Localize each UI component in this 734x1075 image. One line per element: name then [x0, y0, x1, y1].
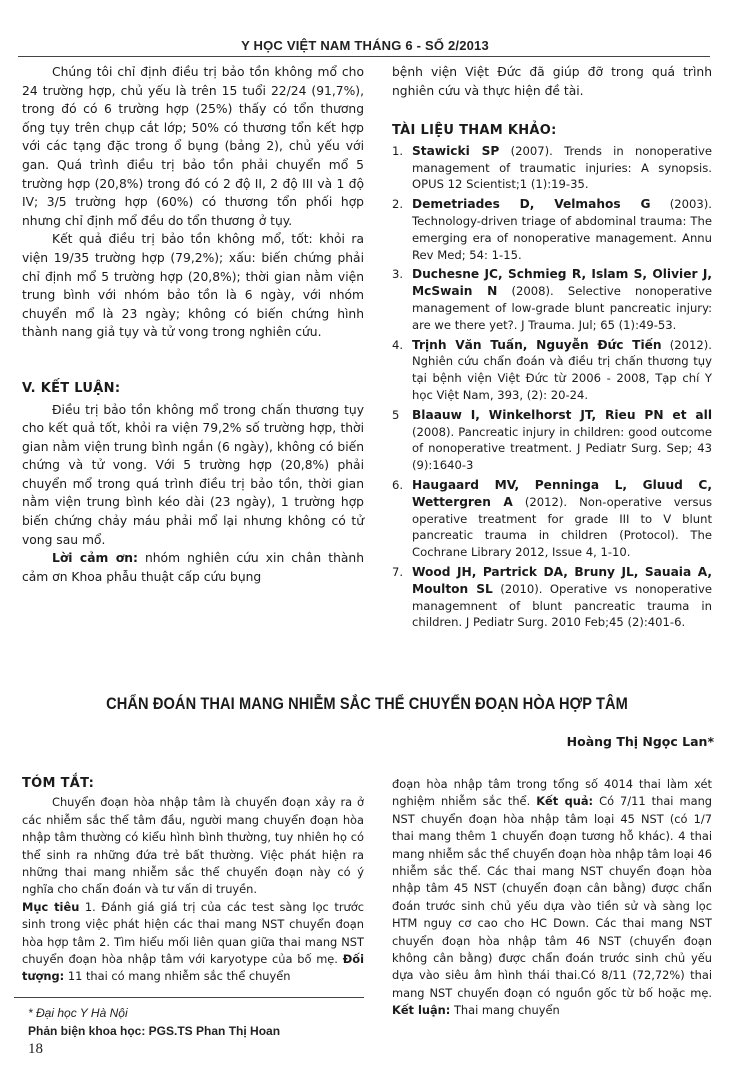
reference-item: 1. Stawicki SP (2007). Trends in nonoper…: [392, 143, 712, 193]
results-paragraph-1: Chúng tôi chỉ định điều trị bảo tồn khôn…: [22, 63, 364, 230]
summary-heading: TÓM TẮT:: [22, 775, 364, 792]
reference-list: 1. Stawicki SP (2007). Trends in nonoper…: [392, 143, 712, 631]
scientific-reviewer: Phản biện khoa học: PGS.TS Phan Thị Hoan: [28, 1022, 280, 1040]
new-article-left-column: TÓM TẮT: Chuyển đoạn hòa nhập tâm là chu…: [22, 775, 364, 986]
author-affiliation: * Đại học Y Hà Nội: [28, 1004, 280, 1022]
new-article-right-column: đoạn hòa nhập tâm trong tổng số 4014 tha…: [392, 776, 712, 1020]
results-text: Có 7/11 thai mang NST chuyển đoạn hòa nh…: [392, 794, 712, 999]
reference-number: 3.: [392, 266, 403, 283]
acknowledgement-label: Lời cảm ơn:: [52, 551, 138, 565]
reference-number: 2.: [392, 196, 403, 213]
summary-intro: Chuyển đoạn hòa nhập tâm là chuyển đoạn …: [22, 794, 364, 898]
article-title: CHẨN ĐOÁN THAI MANG NHIỄM SẮC THỂ CHUYỂN…: [51, 694, 682, 714]
reference-item: 5 Blaauw I, Winkelhorst JT, Rieu PN et a…: [392, 407, 712, 474]
reference-item: 7. Wood JH, Partrick DA, Bruny JL, Sauai…: [392, 564, 712, 631]
conclusion-paragraph: Điều trị bảo tồn không mổ trong chấn thư…: [22, 401, 364, 550]
reference-number: 5: [392, 407, 399, 424]
reference-number: 4.: [392, 337, 403, 354]
acknowledgement-paragraph: Lời cảm ơn: nhóm nghiên cứu xin chân thà…: [22, 549, 364, 586]
reference-item: 6. Haugaard MV, Penninga L, Gluud C, Wet…: [392, 477, 712, 561]
running-header: Y HỌC VIỆT NAM THÁNG 6 - SỐ 2/2013: [20, 38, 710, 53]
prev-article-right-column: bệnh viện Việt Đức đã giúp đỡ trong quá …: [392, 63, 712, 634]
conclusion-heading: V. KẾT LUẬN:: [22, 380, 364, 399]
reference-authors: Demetriades D, Velmahos G: [412, 197, 650, 211]
reference-number: 7.: [392, 564, 403, 581]
footnote: * Đại học Y Hà Nội Phản biện khoa học: P…: [28, 1004, 280, 1040]
references-heading: TÀI LIỆU THAM KHẢO:: [392, 122, 712, 141]
page-number: 18: [28, 1041, 43, 1058]
reference-number: 1.: [392, 143, 403, 160]
conclusion-text: Thai mang chuyển: [450, 1003, 559, 1017]
acknowledgement-continued: bệnh viện Việt Đức đã giúp đỡ trong quá …: [392, 63, 712, 100]
reference-details: (2008). Pancreatic injury in children: g…: [412, 425, 712, 473]
reference-authors: Blaauw I, Winkelhorst JT, Rieu PN et all: [412, 408, 712, 422]
reference-authors: Trịnh Văn Tuấn, Nguyễn Đức Tiến: [412, 338, 662, 352]
article-author: Hoàng Thị Ngọc Lan*: [567, 734, 714, 749]
objective-label: Mục tiêu: [22, 900, 79, 914]
results-label: Kết quả:: [536, 794, 593, 808]
reference-authors: Stawicki SP: [412, 144, 499, 158]
summary-continued: đoạn hòa nhập tâm trong tổng số 4014 tha…: [392, 776, 712, 1020]
header-rule: [18, 56, 710, 57]
footnote-rule: [14, 997, 364, 998]
reference-item: 4. Trịnh Văn Tuấn, Nguyễn Đức Tiến (2012…: [392, 337, 712, 404]
conclusion-label: Kết luận:: [392, 1003, 450, 1017]
prev-article-left-column: Chúng tôi chỉ định điều trị bảo tồn khôn…: [22, 63, 364, 586]
subjects-text: 11 thai có mang nhiễm sắc thể chuyển: [64, 969, 290, 983]
reference-item: 3. Duchesne JC, Schmieg R, Islam S, Oliv…: [392, 266, 712, 333]
reference-number: 6.: [392, 477, 403, 494]
results-paragraph-2: Kết quả điều trị bảo tồn không mổ, tốt: …: [22, 230, 364, 342]
reference-item: 2. Demetriades D, Velmahos G (2003). Tec…: [392, 196, 712, 263]
summary-objectives: Mục tiêu 1. Đánh giá giá trị của các tes…: [22, 899, 364, 986]
